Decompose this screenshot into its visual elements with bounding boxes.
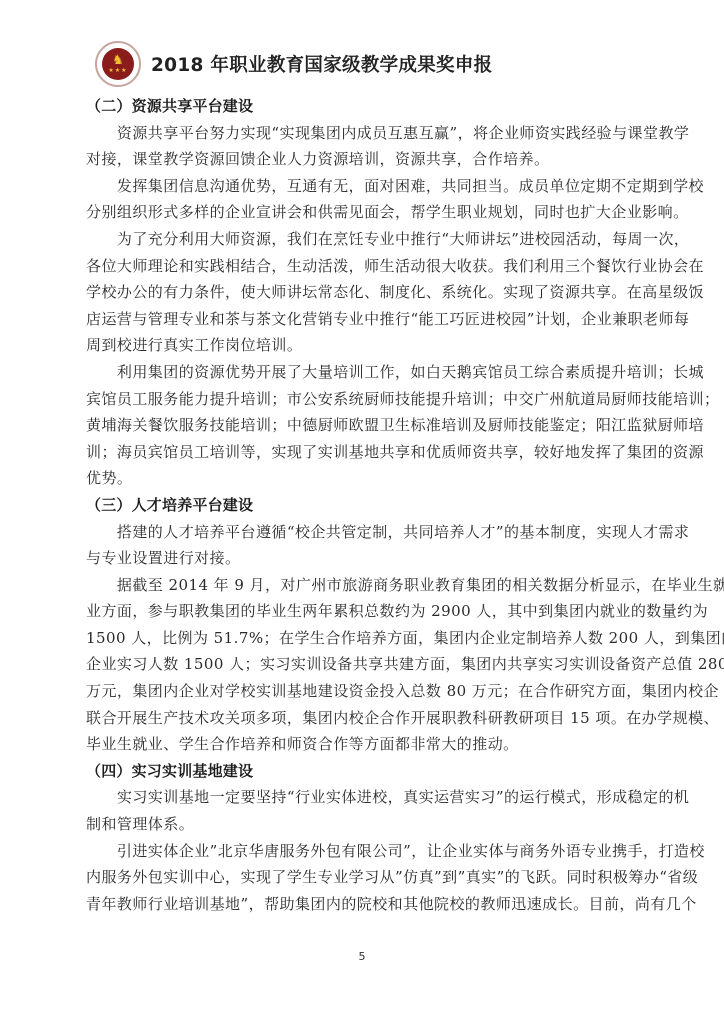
section-heading: （三）人才培养平台建设: [86, 492, 674, 519]
document-title: 2018 年职业教育国家级教学成果奖申报: [151, 51, 492, 77]
paragraph-line: 制和管理体系。: [86, 811, 674, 838]
document-body: （二）资源共享平台建设 资源共享平台努力实现“实现集团内成员互惠互赢”，将企业师…: [86, 93, 674, 917]
paragraph-line: 青年教师行业培训基地”，帮助集团内的院校和其他院校的教师迅速成长。目前，尚有几个: [86, 891, 674, 918]
paragraph-line: 优势。: [86, 465, 674, 492]
paragraph-line: 周到校进行真实工作岗位培训。: [86, 332, 674, 359]
paragraph-line: 资源共享平台努力实现“实现集团内成员互惠互赢”，将企业师资实践经验与课堂教学: [86, 120, 674, 147]
paragraph-line: 宾馆员工服务能力提升培训；市公安系统厨师技能提升培训；中交广州航道局厨师技能培训…: [86, 386, 674, 413]
horse-icon: ♞: [112, 54, 124, 67]
section-heading: （二）资源共享平台建设: [86, 93, 674, 120]
paragraph-line: 引进实体企业”北京华唐服务外包有限公司”，让企业实体与商务外语专业携手，打造校: [86, 838, 674, 865]
paragraph-line: 据截至 2014 年 9 月，对广州市旅游商务职业教育集团的相关数据分析显示，在…: [86, 572, 674, 599]
paragraph-line: 利用集团的资源优势开展了大量培训工作，如白天鹅宾馆员工综合素质提升培训；长城: [86, 359, 674, 386]
page-header: ♞ ★★★ 2018 年职业教育国家级教学成果奖申报: [95, 38, 492, 90]
paragraph-line: 内服务外包实训中心，实现了学生专业学习从”仿真”到”真实”的飞跃。同时积极筹办“…: [86, 864, 674, 891]
emblem-inner: ♞ ★★★: [102, 48, 134, 80]
paragraph-line: 分别组织形式多样的企业宣讲会和供需见面会，帮学生职业规划，同时也扩大企业影响。: [86, 199, 674, 226]
paragraph-line: 黄埔海关餐饮服务技能培训；中德厨师欧盟卫生标准培训及厨师技能鉴定；阳江监狱厨师培: [86, 412, 674, 439]
paragraph-line: 与专业设置进行对接。: [86, 545, 674, 572]
paragraph-line: 万元，集团内企业对学校实训基地建设资金投入总数 80 万元；在合作研究方面，集团…: [86, 678, 674, 705]
stars-icon: ★★★: [108, 67, 127, 74]
paragraph-line: 为了充分利用大师资源，我们在烹饪专业中推行“大师讲坛”进校园活动，每周一次，: [86, 226, 674, 253]
paragraph-line: 对接，课堂教学资源回馈企业人力资源培训，资源共享，合作培养。: [86, 146, 674, 173]
section-heading: （四）实习实训基地建设: [86, 758, 674, 785]
paragraph-line: 学校办公的有力条件，使大师讲坛常态化、制度化、系统化。实现了资源共享。在高星级饭: [86, 279, 674, 306]
paragraph-line: 发挥集团信息沟通优势，互通有无，面对困难，共同担当。成员单位定期不定期到学校: [86, 173, 674, 200]
paragraph-line: 训；海员宾馆员工培训等，实现了实训基地共享和优质师资共享，较好地发挥了集团的资源: [86, 439, 674, 466]
paragraph-line: 业方面，参与职教集团的毕业生两年累积总数约为 2900 人，其中到集团内就业的数…: [86, 598, 674, 625]
paragraph-line: 店运营与管理专业和茶与茶文化营销专业中推行“能工巧匠进校园”计划，企业兼职老师每: [86, 306, 674, 333]
paragraph-line: 实习实训基地一定要坚持“行业实体进校，真实运营实习”的运行模式，形成稳定的机: [86, 784, 674, 811]
paragraph-line: 各位大师理论和实践相结合，生动活泼，师生活动很大收获。我们利用三个餐饮行业协会在: [86, 253, 674, 280]
paragraph-line: 搭建的人才培养平台遵循“校企共管定制，共同培养人才”的基本制度，实现人才需求: [86, 519, 674, 546]
paragraph-line: 企业实习人数 1500 人；实习实训设备共享共建方面，集团内共享实习实训设备资产…: [86, 651, 674, 678]
paragraph-line: 毕业生就业、学生合作培养和师资合作等方面都非常大的推动。: [86, 731, 674, 758]
page-number: 5: [0, 950, 724, 963]
paragraph-line: 联合开展生产技术攻关项多项，集团内校企合作开展职教科研教研项目 15 项。在办学…: [86, 705, 674, 732]
school-emblem-logo: ♞ ★★★: [95, 41, 141, 87]
paragraph-line: 1500 人，比例为 51.7%；在学生合作培养方面，集团内企业定制培养人数 2…: [86, 625, 674, 652]
